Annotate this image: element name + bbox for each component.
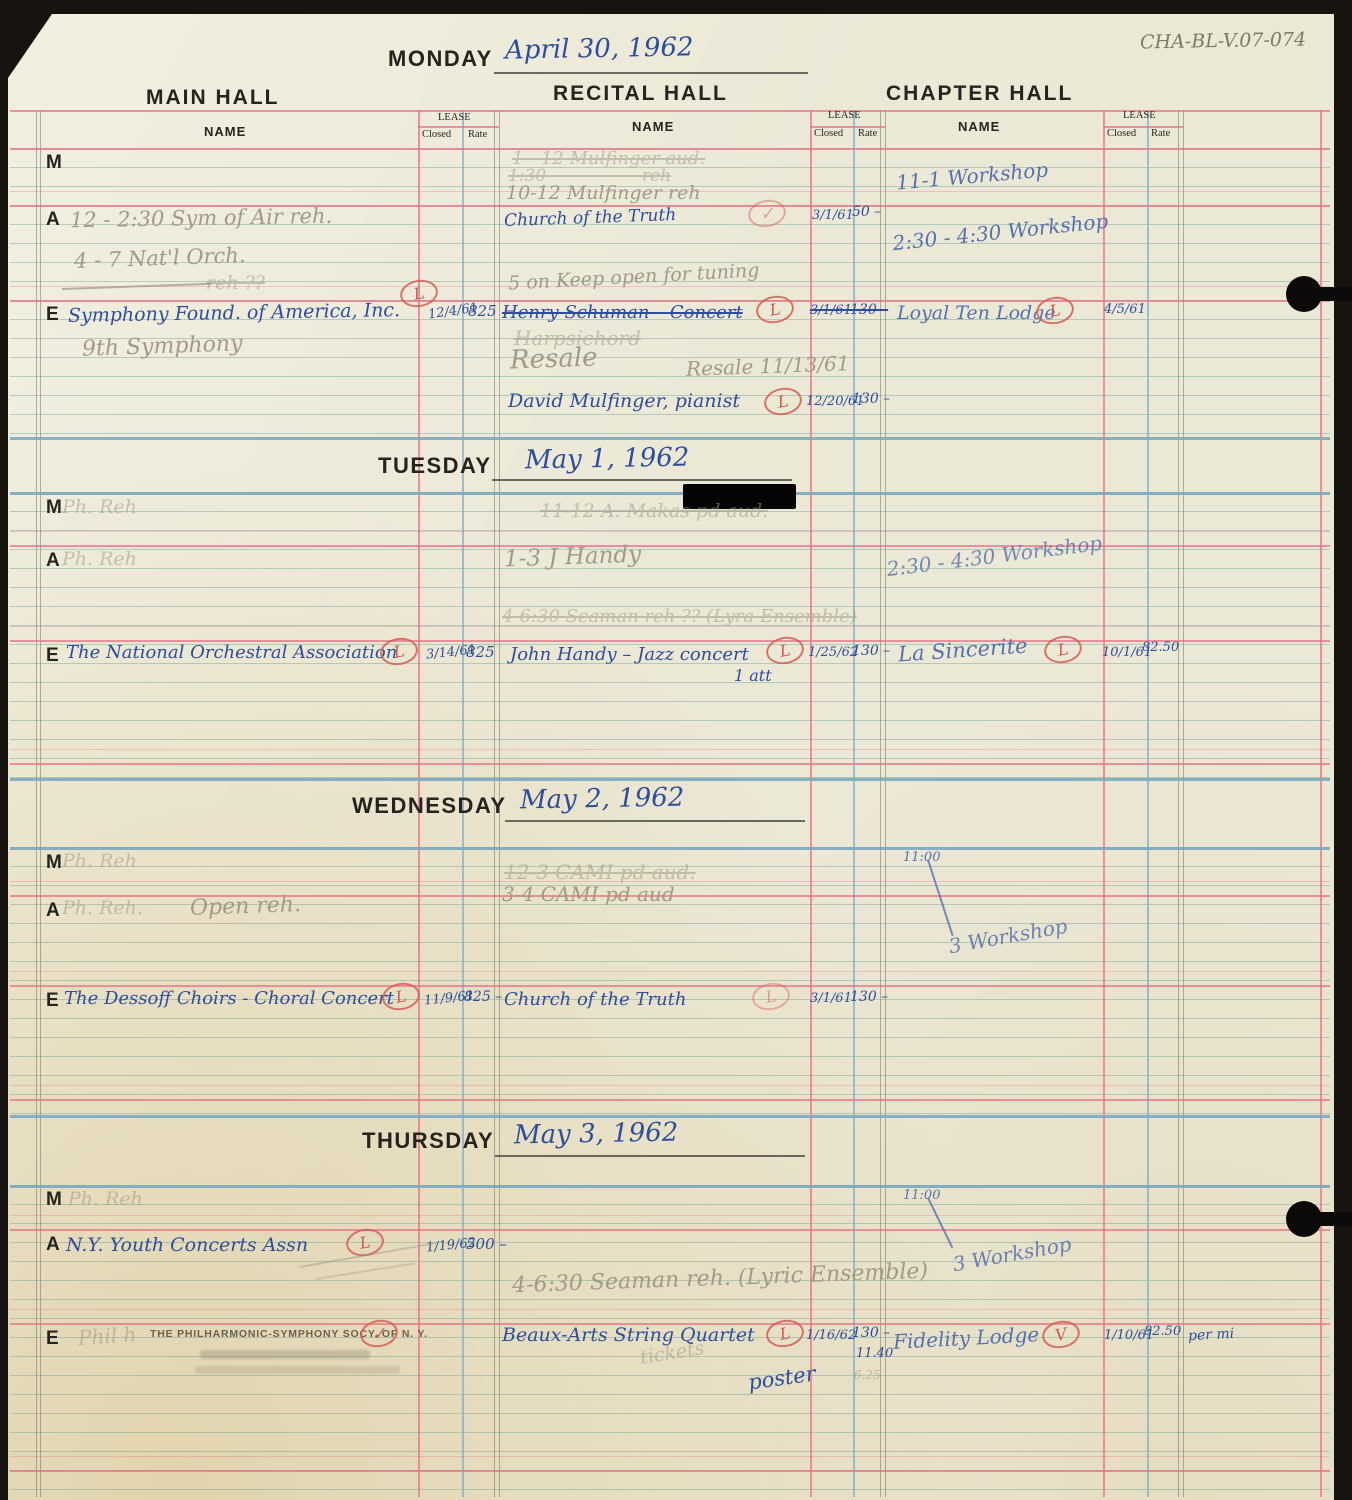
name-header-recital: NAME [632,119,674,134]
row-label-a: A [46,209,60,231]
row-label-a: A [46,1234,60,1256]
row-line [10,531,1330,532]
lease-rate: 50 – [852,204,881,220]
row-line [10,545,1330,547]
day-date-monday: April 30, 1962 [505,32,694,65]
row-line [10,1229,1330,1231]
lease-rate: 825 [468,302,497,320]
name-header-main: NAME [204,124,246,139]
row-label-e: E [46,990,59,1012]
row-line [10,1470,1330,1472]
row-line [10,1085,1330,1086]
grid-line [880,110,881,1497]
row-line [10,763,1330,765]
entry-recital-evening: David Mulfinger, pianist [508,390,740,412]
entry-recital-morning: 10-12 Mulfinger reh [506,182,701,204]
entry-recital-morning: 3-4 CAMI pd aud [502,882,675,906]
closed-header-main: Closed [422,129,451,140]
row-line [10,749,1330,750]
archival-id: CHA-BL-V.07-074 [1140,29,1307,54]
day-date-wednesday: May 2, 1962 [520,783,685,816]
entry-recital-evening: Church of the Truth [504,989,686,1010]
date-underline [505,820,805,822]
lease-rate-note: 11.40 [856,1346,893,1361]
lease-header-chapter: LEASE [1123,110,1156,121]
section-line [10,1185,1330,1188]
header-line [418,126,499,128]
entry-main-morning: Ph. Reh [68,1188,143,1210]
ruled-band-tuesday [10,492,1330,778]
entry-main-evening: The National Orchestral Association [66,642,397,663]
entry-chapter-morning: 11:00 [903,1188,940,1203]
grid-line [810,110,812,1497]
lease-closed-date: 3/1/61 [810,991,852,1006]
entry-recital-evening: Resale [510,342,599,375]
rate-header-chapter: Rate [1151,128,1170,139]
rate-header-main: Rate [468,129,487,140]
lease-rate: 500 – [466,1235,507,1253]
entry-chapter-evening: Loyal Ten Lodge [897,302,1056,324]
hall-title-chapter: CHAPTER HALL [886,82,1073,106]
entry-main-evening: The Dessoff Choirs - Choral Concert [64,988,394,1009]
rate-header-recital: Rate [858,128,877,139]
entry-recital-morning-struck: 12-3 CAMI pd aud. [504,860,696,884]
entry-main-afternoon: Ph. Reh [62,548,137,570]
date-underline [494,72,808,74]
day-label-thursday: THURSDAY [362,1128,494,1154]
grid-line [1320,110,1322,1497]
grid-line [885,110,886,1497]
lease-rate: 130 – [852,643,890,659]
row-label-a: A [46,900,60,922]
entry-recital-evening: John Handy – Jazz concert [510,644,749,665]
entry-main-evening-pencil: Phil h [77,1322,137,1350]
row-line [10,1309,1330,1310]
section-line [10,437,1330,440]
grid-line [36,110,37,1497]
day-date-tuesday: May 1, 1962 [525,443,690,476]
row-line [10,985,1330,987]
lease-header-recital: LEASE [828,110,861,121]
day-label-monday: MONDAY [388,46,493,72]
lease-rate: 825 – [464,989,502,1005]
section-line [10,847,1330,850]
row-label-e: E [46,1328,59,1350]
lease-rate-note: 6.25 [854,1368,881,1382]
lease-closed-date: 3/1/61 [812,208,854,223]
day-label-wednesday: WEDNESDAY [352,793,507,819]
grid-line [1147,110,1149,1497]
row-label-e: E [46,645,59,667]
entry-recital-afternoon-struck: 4-6:30 Seaman reh ?? (Lyra Ensemble) [502,606,857,627]
lease-rate: 130 – [852,391,890,407]
lease-closed-date: 3/1/61 [810,303,852,318]
lease-rate: 825 [466,643,495,661]
entry-recital-evening-note: 1 att [734,666,772,685]
row-line [10,1456,1330,1457]
grid-line [1103,110,1105,1497]
hole-punch-stub [1316,1212,1352,1226]
day-date-thursday: May 3, 1962 [514,1118,679,1151]
faint-stamp-line [200,1350,370,1359]
lease-rate: 82.50 [1144,1324,1181,1339]
hall-title-main: MAIN HALL [146,86,279,110]
row-line [10,1215,1330,1216]
entry-recital-afternoon: 1-3 J Handy [504,542,642,573]
row-label-m: M [46,497,62,519]
closed-header-chapter: Closed [1107,128,1136,139]
lease-rate-unit: per mi [1188,1326,1235,1344]
lease-closed-date: 1/25/62 [808,645,858,660]
row-label-e: E [46,304,59,326]
grid-line [1178,110,1179,1497]
lease-rate: 82.50 [1142,640,1179,655]
row-label-a: A [46,550,60,572]
entry-main-afternoon-struck: reh ?? [206,272,265,294]
entry-main-afternoon: N.Y. Youth Concerts Assn [66,1234,308,1256]
name-header-chapter: NAME [958,119,1000,134]
lease-header-main: LEASE [438,112,471,123]
hall-title-recital: RECITAL HALL [553,82,728,106]
entry-recital-evening: Beaux-Arts String Quartet [502,1324,755,1346]
entry-recital-morning-struck: 11-12 A. Makas pd aud. [540,500,768,522]
grid-line [1183,110,1184,1497]
row-label-m: M [46,152,62,174]
date-underline [492,479,792,481]
entry-main-afternoon: Ph. Reh. [62,897,143,919]
ledger-scan: CHA-BL-V.07-074 MONDAY April 30, 19 [0,0,1352,1500]
entry-main-afternoon: Open reh. [190,892,302,921]
lease-rate: 130 – [850,302,888,318]
entry-main-morning: Ph. Reh [62,850,137,872]
hole-punch-stub [1316,287,1352,301]
row-line [10,1099,1330,1101]
entry-chapter-morning: 11:00 [903,850,940,865]
date-underline [495,1155,805,1157]
section-line [10,778,1330,781]
grid-line [853,110,855,1497]
row-label-m: M [46,1189,62,1211]
lease-rate: 130 – [852,1325,890,1341]
entry-recital-evening-struck: Henry Schuman – Concert [502,302,743,323]
section-line [10,492,1330,495]
lease-closed-date: 4/5/61 [1104,302,1146,317]
entry-main-morning: Ph. Reh [62,496,137,518]
entry-main-afternoon: 12 - 2:30 Sym of Air reh. [70,204,333,233]
grid-line [40,110,41,1497]
lease-closed-date: 1/16/62 [806,1328,856,1343]
faint-stamp-line [195,1366,400,1374]
row-label-m: M [46,852,62,874]
day-label-tuesday: TUESDAY [378,453,492,479]
closed-header-recital: Closed [814,128,843,139]
lease-rate: 130 – [850,989,888,1005]
row-line [10,971,1330,972]
